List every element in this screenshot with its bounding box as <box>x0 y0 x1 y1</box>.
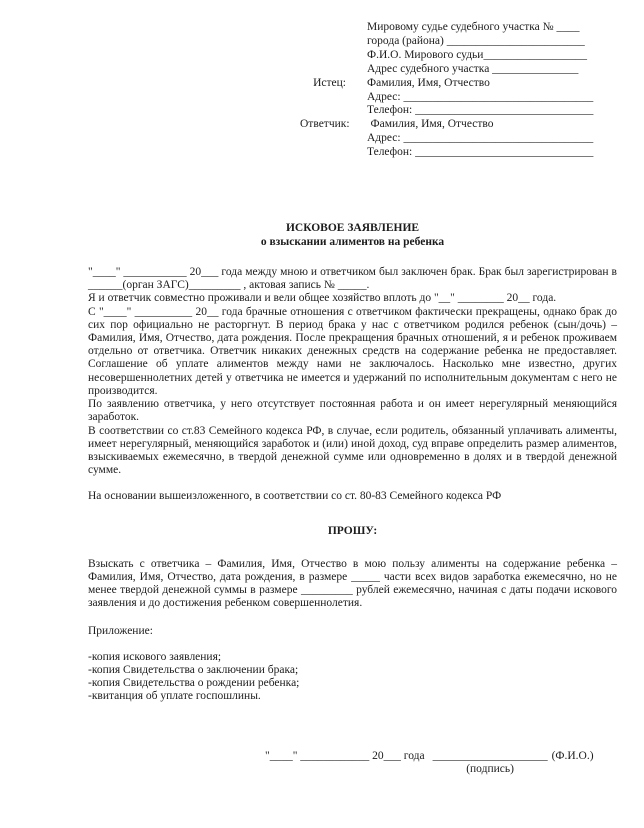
court-header-row: города (района) ________________________ <box>300 35 617 49</box>
court-header-row: Ф.И.О. Мирового судьи__________________ <box>300 49 617 63</box>
header-line-text: Фамилия, Имя, Отчество <box>367 77 490 91</box>
court-header-row: Адрес: _________________________________ <box>300 91 617 105</box>
court-header: Мировому судье судебного участка № ____ … <box>300 21 617 160</box>
party-label <box>300 104 346 118</box>
title-line-2: о взыскании алиментов на ребенка <box>88 236 617 250</box>
signature-line: ____________________ <box>433 750 548 763</box>
court-header-row: Телефон: _______________________________ <box>300 146 617 160</box>
document-page: Мировому судье судебного участка № ____ … <box>0 0 644 828</box>
header-line-text: Адрес: _________________________________ <box>367 91 593 105</box>
header-line-text: Телефон: _______________________________ <box>367 146 593 160</box>
claim-body: "____" ___________ 20___ года между мною… <box>88 266 617 477</box>
party-label: Истец: <box>300 77 346 91</box>
request-paragraph: Взыскать с ответчика – Фамилия, Имя, Отч… <box>88 558 617 611</box>
signature-caption: (подпись) <box>466 763 514 776</box>
signature-date-line: "____" ____________ 20___ года <box>265 750 425 763</box>
party-label: Ответчик: <box>300 118 350 132</box>
attachments-list: -копия искового заявления; -копия Свидет… <box>88 651 617 704</box>
body-paragraph: По заявлению ответчика, у него отсутству… <box>88 398 617 424</box>
attachments-heading: Приложение: <box>88 625 617 638</box>
party-label <box>300 91 346 105</box>
attachment-item: -копия Свидетельства о заключении брака; <box>88 664 617 677</box>
legal-basis-line: На основании вышеизложенного, в соответс… <box>88 490 617 503</box>
header-line-text: Фамилия, Имя, Отчество <box>371 118 494 132</box>
title-line-1: ИСКОВОЕ ЗАЯВЛЕНИЕ <box>88 222 617 236</box>
party-label <box>300 63 346 77</box>
party-label <box>300 21 346 35</box>
fio-label: (Ф.И.О.) <box>552 750 594 763</box>
header-line-text: Ф.И.О. Мирового судьи__________________ <box>367 49 587 63</box>
court-header-row: Мировому судье судебного участка № ____ <box>300 21 617 35</box>
document-title: ИСКОВОЕ ЗАЯВЛЕНИЕ о взыскании алиментов … <box>88 222 617 249</box>
court-header-row: Телефон: _______________________________ <box>300 104 617 118</box>
header-line-text: Адрес: _________________________________ <box>367 132 593 146</box>
party-label <box>300 35 346 49</box>
court-header-row: Истец: Фамилия, Имя, Отчество <box>300 77 617 91</box>
signature-block: "____" ____________ 20___ года _________… <box>265 750 617 776</box>
request-heading: ПРОШУ: <box>88 525 617 538</box>
party-label <box>300 49 346 63</box>
attachment-item: -квитанция об уплате госпошлины. <box>88 690 617 703</box>
body-paragraph: В соответствии со ст.83 Семейного кодекс… <box>88 425 617 478</box>
attachment-item: -копия Свидетельства о рождении ребенка; <box>88 677 617 690</box>
court-header-row: Ответчик: Фамилия, Имя, Отчество <box>300 118 617 132</box>
party-label <box>300 146 346 160</box>
attachment-item: -копия искового заявления; <box>88 651 617 664</box>
body-paragraph: С "____" __________ 20__ года брачные от… <box>88 306 617 398</box>
header-line-text: Адрес судебного участка _______________ <box>367 63 578 77</box>
court-header-row: Адрес судебного участка _______________ <box>300 63 617 77</box>
body-paragraph: "____" ___________ 20___ года между мною… <box>88 266 617 292</box>
court-header-row: Адрес: _________________________________ <box>300 132 617 146</box>
party-label <box>300 132 346 146</box>
signature-area: ____________________ (подпись) <box>433 750 548 776</box>
header-line-text: Телефон: _______________________________ <box>367 104 593 118</box>
header-line-text: Мировому судье судебного участка № ____ <box>367 21 579 35</box>
header-line-text: города (района) ________________________ <box>367 35 585 49</box>
body-paragraph: Я и ответчик совместно проживали и вели … <box>88 292 617 305</box>
